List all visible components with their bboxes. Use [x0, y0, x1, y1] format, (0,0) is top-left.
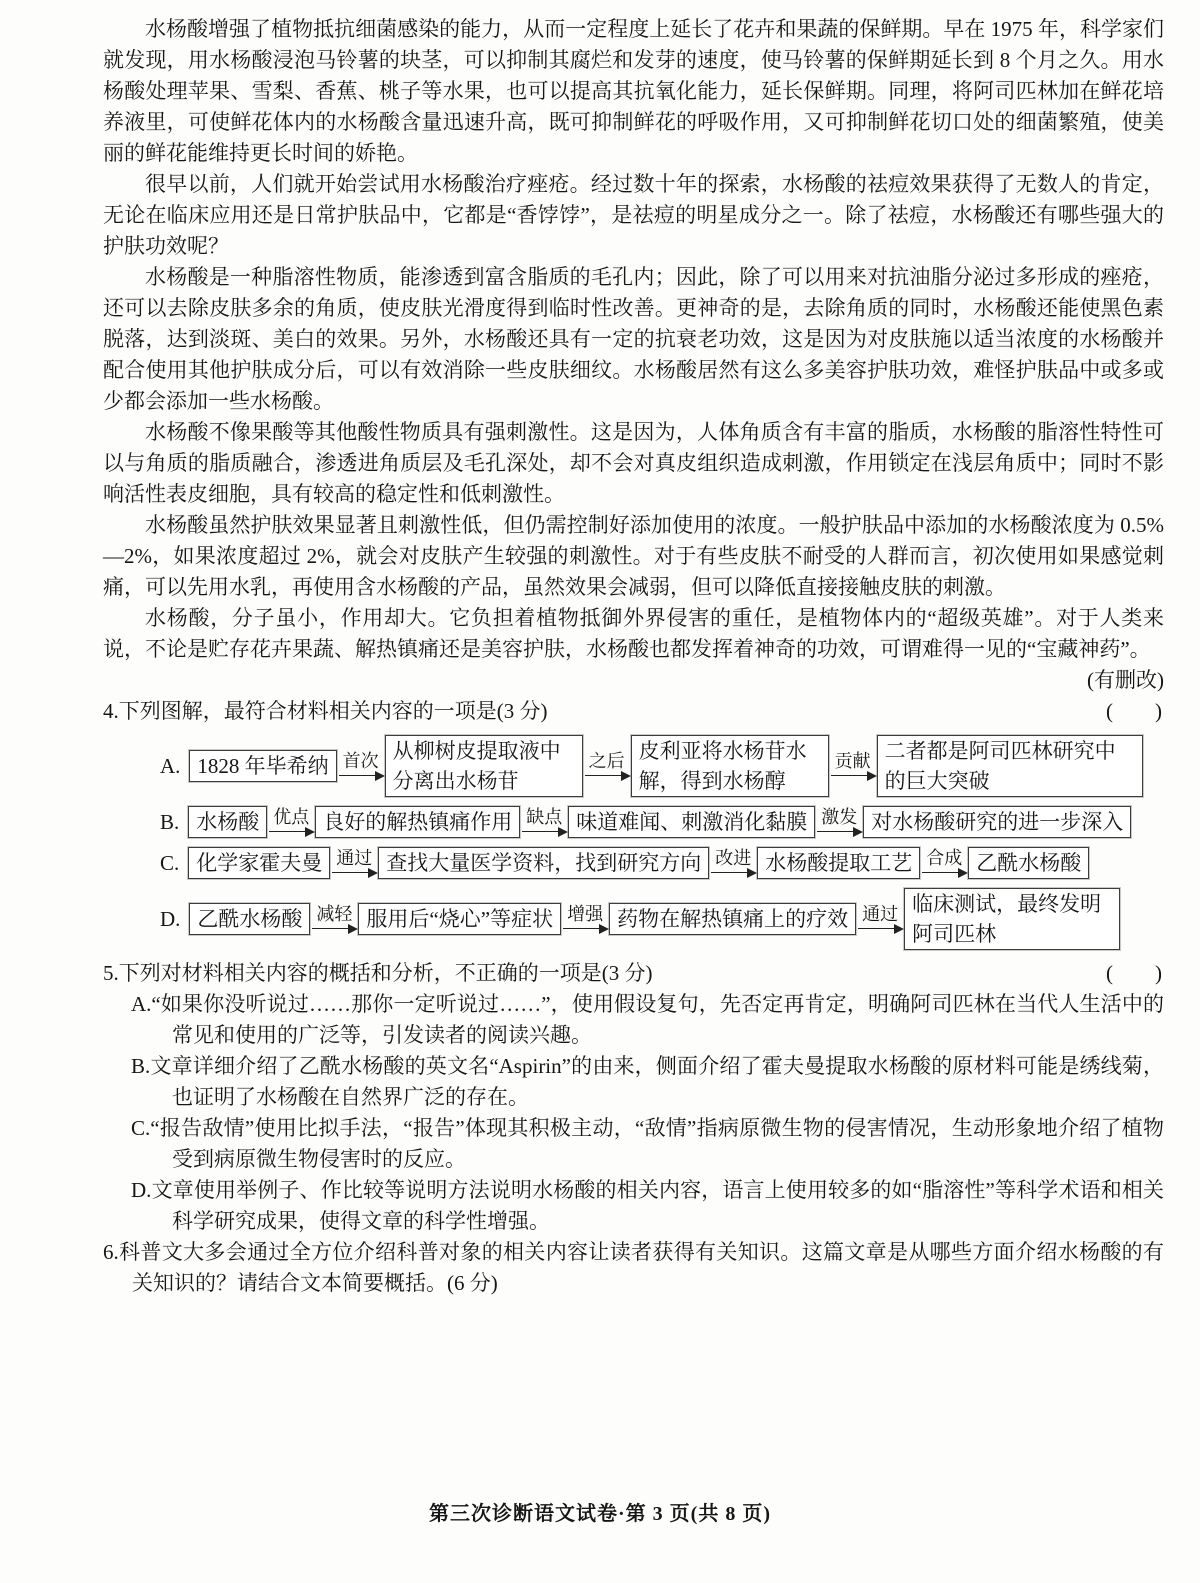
flow-arrow: 缺点 — [520, 808, 568, 837]
flow-box: 药物在解热镇痛上的疗效 — [609, 903, 856, 935]
page-footer: 第三次诊断语文试卷·第 3 页(共 8 页) — [0, 1497, 1200, 1526]
arrow-label: 贡献 — [835, 752, 871, 771]
right-arrow-icon — [585, 771, 629, 781]
question-4-number: 4. — [103, 699, 119, 723]
q4-option-a-label: A. — [160, 751, 180, 782]
flow-box: 皮利亚将水杨苷水解，得到水杨醇 — [631, 735, 829, 797]
flow-arrow: 激发 — [815, 808, 863, 837]
article-paragraph-6: 水杨酸，分子虽小，作用却大。它负担着植物抵御外界侵害的重任，是植物体内的“超级英… — [103, 603, 1164, 665]
right-arrow-icon — [312, 924, 356, 934]
flow-arrow: 通过 — [856, 905, 904, 934]
arrow-label: 通过 — [862, 905, 898, 924]
flow-arrow: 通过 — [330, 849, 378, 878]
article-paragraph-3: 水杨酸是一种脂溶性物质，能渗透到富含脂质的毛孔内；因此，除了可以用来对抗油脂分泌… — [103, 262, 1164, 417]
flow-box: 服用后“烧心”等症状 — [358, 903, 561, 935]
question-4-stem: 4.下列图解，最符合材料相关内容的一项是(3 分) ( ) — [103, 696, 1164, 727]
flow-box: 味道难闻、刺激消化黏膜 — [568, 806, 815, 838]
q4-option-d: D. 乙酰水杨酸 减轻 服用后“烧心”等症状 增强 药物在解热镇痛上的疗效 通过… — [160, 888, 1164, 950]
question-4-answer-blank: ( ) — [1106, 696, 1162, 727]
question-6-text: 科普文大多会通过全方位介绍科普对象的相关内容让读者获得有关知识。这篇文章是从哪些… — [119, 1240, 1164, 1295]
article-paragraph-4: 水杨酸不像果酸等其他酸性物质具有强刺激性。这是因为，人体角质含有丰富的脂质，水杨… — [103, 417, 1164, 510]
arrow-label: 之后 — [589, 752, 625, 771]
flow-arrow: 减轻 — [310, 905, 358, 934]
right-arrow-icon — [269, 827, 313, 837]
question-6-number: 6. — [103, 1240, 119, 1264]
deletion-note: (有删改) — [103, 665, 1164, 696]
question-4-text: 下列图解，最符合材料相关内容的一项是(3 分) — [119, 699, 548, 723]
page-content: 水杨酸增强了植物抵抗细菌感染的能力，从而一定程度上延长了花卉和果蔬的保鲜期。早在… — [103, 14, 1164, 1299]
flow-arrow: 合成 — [920, 849, 968, 878]
arrow-label: 优点 — [273, 808, 309, 827]
q5-option-c-label: C. — [131, 1116, 150, 1140]
q4-option-b: B. 水杨酸 优点 良好的解热镇痛作用 缺点 味道难闻、刺激消化黏膜 激发 对水… — [160, 806, 1164, 838]
q5-option-a-label: A. — [131, 992, 151, 1016]
arrow-label: 通过 — [336, 849, 372, 868]
flow-arrow: 之后 — [583, 752, 631, 781]
article-paragraph-2: 很早以前，人们就开始尝试用水杨酸治疗痤疮。经过数十年的探索，水杨酸的祛痘效果获得… — [103, 169, 1164, 262]
flow-box: 从柳树皮提取液中分离出水杨苷 — [385, 735, 583, 797]
q5-option-a: A.“如果你没听说过……那你一定听说过……”，使用假设复句，先否定再肯定，明确阿… — [131, 989, 1164, 1051]
flow-box: 乙酰水杨酸 — [968, 847, 1089, 879]
flow-box: 查找大量医学资料，找到研究方向 — [378, 847, 709, 879]
flow-box: 1828 年毕希纳 — [189, 750, 336, 782]
flow-box: 水杨酸提取工艺 — [757, 847, 920, 879]
right-arrow-icon — [522, 827, 566, 837]
q5-option-a-text: “如果你没听说过……那你一定听说过……”，使用假设复句，先否定再肯定，明确阿司匹… — [151, 992, 1164, 1047]
question-5-stem: 5.下列对材料相关内容的概括和分析，不正确的一项是(3 分) ( ) — [103, 958, 1164, 989]
q5-option-b: B.文章详细介绍了乙酰水杨酸的英文名“Aspirin”的由来，侧面介绍了霍夫曼提… — [131, 1051, 1164, 1113]
flow-arrow: 首次 — [337, 752, 385, 781]
q4-option-c: C. 化学家霍夫曼 通过 查找大量医学资料，找到研究方向 改进 水杨酸提取工艺 … — [160, 847, 1164, 879]
q4-option-c-label: C. — [160, 848, 179, 879]
right-arrow-icon — [817, 827, 861, 837]
question-6: 6.科普文大多会通过全方位介绍科普对象的相关内容让读者获得有关知识。这篇文章是从… — [103, 1237, 1164, 1299]
question-5-answer-blank: ( ) — [1106, 958, 1162, 989]
right-arrow-icon — [858, 924, 902, 934]
flow-box: 水杨酸 — [188, 806, 267, 838]
article-paragraph-5: 水杨酸虽然护肤效果显著且刺激性低，但仍需控制好添加使用的浓度。一般护肤品中添加的… — [103, 510, 1164, 603]
flow-box: 对水杨酸研究的进一步深入 — [863, 806, 1131, 838]
arrow-label: 缺点 — [526, 808, 562, 827]
right-arrow-icon — [831, 771, 875, 781]
right-arrow-icon — [563, 924, 607, 934]
q4-option-a: A. 1828 年毕希纳 首次 从柳树皮提取液中分离出水杨苷 之后 皮利亚将水杨… — [160, 735, 1164, 797]
q5-option-b-label: B. — [131, 1054, 150, 1078]
q5-option-c-text: “报告敌情”使用比拟手法，“报告”体现其积极主动，“敌情”指病原微生物的侵害情况… — [150, 1116, 1164, 1171]
right-arrow-icon — [711, 868, 755, 878]
arrow-label: 激发 — [821, 808, 857, 827]
right-arrow-icon — [922, 868, 966, 878]
arrow-label: 合成 — [926, 849, 962, 868]
flow-arrow: 改进 — [709, 849, 757, 878]
flow-box: 化学家霍夫曼 — [188, 847, 330, 879]
arrow-label: 首次 — [343, 752, 379, 771]
q5-option-d-label: D. — [131, 1178, 151, 1202]
flow-box: 临床测试，最终发明阿司匹林 — [904, 888, 1120, 950]
flow-arrow: 贡献 — [829, 752, 877, 781]
q4-option-b-label: B. — [160, 807, 179, 838]
arrow-label: 改进 — [715, 849, 751, 868]
question-5-number: 5. — [103, 961, 119, 985]
right-arrow-icon — [339, 771, 383, 781]
q5-option-b-text: 文章详细介绍了乙酰水杨酸的英文名“Aspirin”的由来，侧面介绍了霍夫曼提取水… — [150, 1054, 1164, 1109]
flow-arrow: 增强 — [561, 905, 609, 934]
flow-arrow: 优点 — [267, 808, 315, 837]
q4-option-d-label: D. — [160, 904, 180, 935]
arrow-label: 增强 — [567, 905, 603, 924]
flow-box: 乙酰水杨酸 — [189, 903, 310, 935]
question-5-text: 下列对材料相关内容的概括和分析，不正确的一项是(3 分) — [119, 961, 653, 985]
arrow-label: 减轻 — [316, 905, 352, 924]
q5-option-d-text: 文章使用举例子、作比较等说明方法说明水杨酸的相关内容，语言上使用较多的如“脂溶性… — [151, 1178, 1164, 1233]
q5-option-c: C.“报告敌情”使用比拟手法，“报告”体现其积极主动，“敌情”指病原微生物的侵害… — [131, 1113, 1164, 1175]
flow-box: 二者都是阿司匹林研究中的巨大突破 — [877, 735, 1143, 797]
flow-box: 良好的解热镇痛作用 — [315, 806, 520, 838]
right-arrow-icon — [332, 868, 376, 878]
article-paragraph-1: 水杨酸增强了植物抵抗细菌感染的能力，从而一定程度上延长了花卉和果蔬的保鲜期。早在… — [103, 14, 1164, 169]
q5-option-d: D.文章使用举例子、作比较等说明方法说明水杨酸的相关内容，语言上使用较多的如“脂… — [131, 1175, 1164, 1237]
exam-page: 水杨酸增强了植物抵抗细菌感染的能力，从而一定程度上延长了花卉和果蔬的保鲜期。早在… — [0, 0, 1200, 1583]
